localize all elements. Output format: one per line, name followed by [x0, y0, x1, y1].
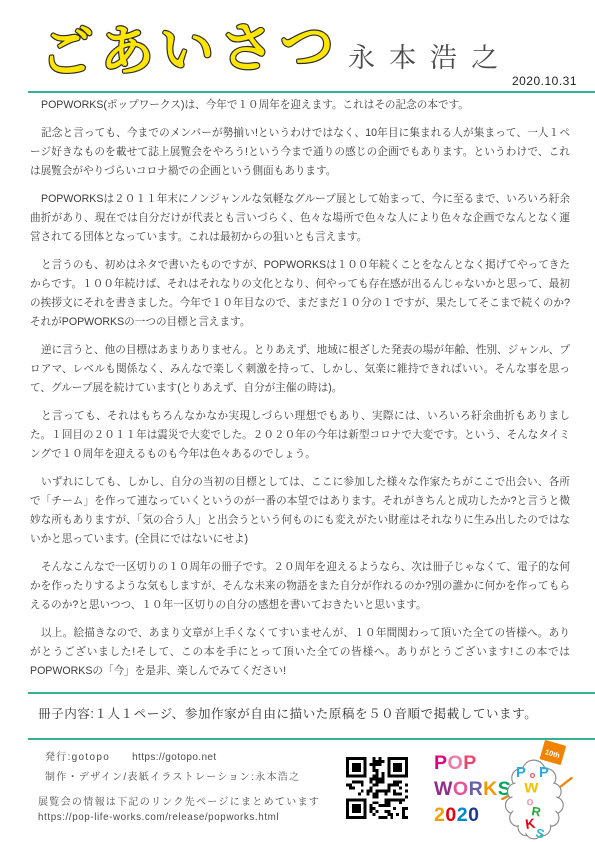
10th-anniversary-flag: 10th — [540, 740, 567, 765]
publisher-url: https://gotopo.net — [132, 752, 216, 763]
logo-letter: O — [448, 750, 464, 776]
logo-letter: 0 — [445, 802, 456, 828]
credits-line: 制作・デザイン/表紙イラストレーション:永本浩之 — [45, 768, 300, 783]
paragraph: 記念と言っても、今までのメンバーが勢揃い!というわけではなく、10年目に集まれる… — [30, 124, 570, 181]
logo-letter: 0 — [468, 802, 479, 828]
date: 2020.10.31 — [512, 74, 577, 88]
exhibition-info-line: 展覧会の情報は下記のリンク先ページにまとめています — [38, 793, 320, 808]
qr-code-image — [346, 757, 408, 819]
popworks-mascot-illustration: 10th P P o w o R K — [496, 736, 580, 842]
paragraph: 逆に言うと、他の目標はあまりありません。とりあえず、地域に根ざした発表の場が年齢… — [30, 341, 570, 398]
paragraph: 以上。絵描きなので、あまり文章が上手くなくてすいませんが、１０年間関わって頂いた… — [30, 624, 570, 681]
mascot-letter: P — [539, 765, 549, 781]
logo-letter: R — [469, 776, 484, 802]
paragraph: そんなこんなで一区切りの１０周年の冊子です。２０周年を迎えるようなら、次は冊子じ… — [30, 558, 570, 615]
document-page: ごあいさつ 永本浩之 2020.10.31 POPWORKS(ポップワークス)は… — [0, 0, 595, 842]
logo-letter: 2 — [434, 802, 445, 828]
booklet-contents-note: 冊子内容:１人１ページ、参加作家が自由に描いた原稿を５０音順で掲載しています。 — [38, 703, 575, 722]
paragraph: いずれにしても、しかし、自分の当初の目標としては、ここに参加した様々な作家たちが… — [30, 473, 570, 549]
author-name: 永本浩之 — [348, 36, 512, 75]
logo-letter: W — [434, 776, 453, 802]
paragraph: POPWORKS(ポップワークス)は、今年で１０周年を迎えます。これはその記念の… — [30, 96, 570, 115]
page-title: ごあいさつ — [39, 16, 340, 84]
logo-letter: 2 — [457, 802, 468, 828]
publisher-label: 発行:gotopo — [45, 752, 110, 763]
exhibition-url: https://pop-life-works.com/release/popwo… — [38, 812, 279, 823]
publisher-line: 発行:gotopohttps://gotopo.net — [45, 748, 217, 763]
page-title-artwork: ごあいさつ — [38, 10, 343, 86]
paragraph: POPWORKSは２０１１年末にノンジャンルな気軽なグループ展として始まって、今… — [30, 190, 570, 247]
logo-letter: O — [453, 776, 469, 802]
header-divider — [28, 91, 595, 93]
qr-code — [346, 757, 408, 819]
greeting-text: POPWORKS(ポップワークス)は、今年で１０周年を迎えます。これはその記念の… — [30, 96, 570, 690]
paragraph: と言っても、それはもちろんなかなか実現しづらい理想でもあり、実際には、いろいろ紆… — [30, 407, 570, 464]
mascot-letter: w — [523, 777, 538, 797]
logo-letter: P — [463, 750, 477, 776]
logo-letter: P — [434, 750, 448, 776]
notice-box-top-border — [28, 692, 595, 694]
paragraph: と言うのも、初めはネタで書いたものですが、POPWORKSは１００年続くことをな… — [30, 256, 570, 332]
